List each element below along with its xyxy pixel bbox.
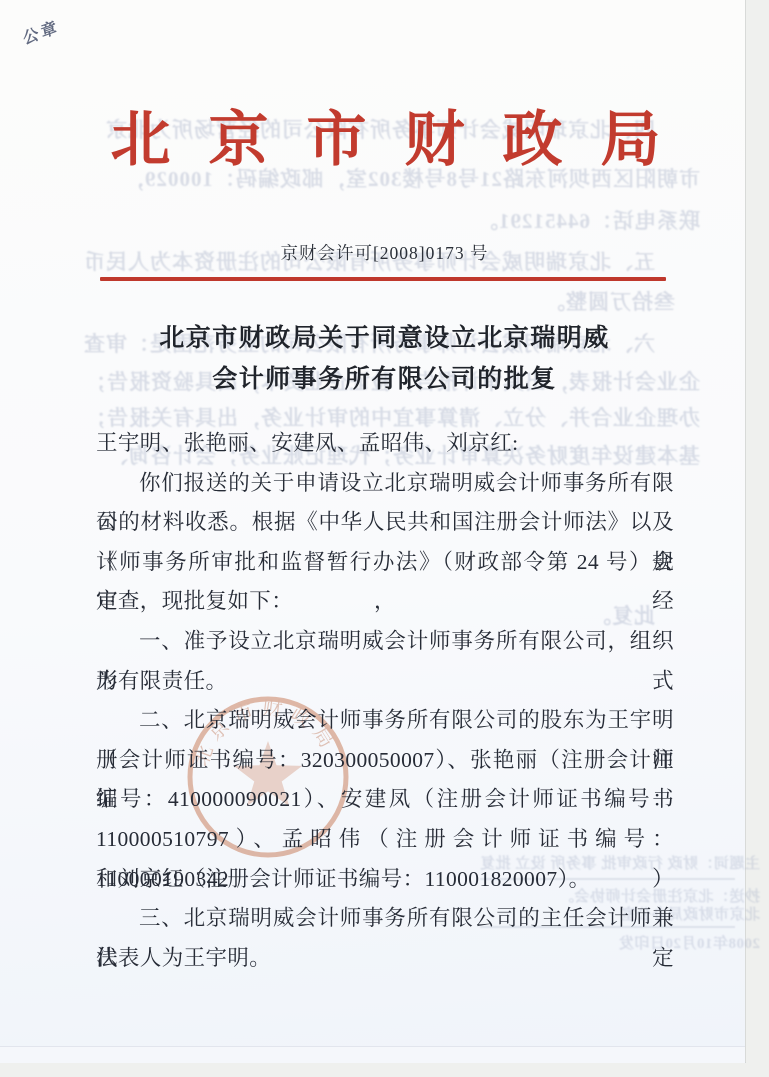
document-body: 王宇明、张艳丽、安建凤、孟昭伟、刘京红: 你们报送的关于申请设立北京瑞明威会计师… bbox=[96, 424, 674, 978]
body-line: 二、北京瑞明威会计师事务所有限公司的股东为王宇明（注 bbox=[96, 701, 674, 741]
body-line: 三、北京瑞明威会计师事务所有限公司的主任会计师兼法定 bbox=[96, 899, 674, 939]
document-number: 京财会许可[2008]0173 号 bbox=[0, 240, 769, 265]
body-line: 110000510797）、孟昭伟（注册会计师证书编号：110000190342… bbox=[96, 820, 674, 860]
paper-bottom-edge bbox=[0, 1046, 745, 1063]
body-line: 册会计师证书编号：320300050007）、张艳丽（注册会计师证书 bbox=[96, 741, 674, 781]
document-title-line1: 北京市财政局关于同意设立北京瑞明威 bbox=[0, 318, 769, 359]
bleedthrough-text: 叁拾万圆整。 bbox=[545, 286, 675, 316]
body-line: 一、准予设立北京瑞明威会计师事务所有限公司，组织形式 bbox=[96, 622, 674, 662]
body-line: 计师事务所审批和监督暂行办法》（财政部令第 24 号）规定，经 bbox=[96, 543, 674, 583]
bleedthrough-text: 联系电话：64451291。 bbox=[450, 205, 700, 235]
document-title-line2: 会计师事务所有限公司的批复 bbox=[0, 359, 769, 400]
document-title: 北京市财政局关于同意设立北京瑞明威 会计师事务所有限公司的批复 bbox=[0, 318, 769, 400]
body-line: 和刘京红（注册会计师证书编号：110001820007）。 bbox=[96, 860, 674, 900]
body-line: 你们报送的关于申请设立北京瑞明威会计师事务所有限公 bbox=[96, 464, 674, 504]
document-page: 四、北京瑞明威会计师事务所有限公司的经营场所为北京 市朝阳区西坝河东路21号8号… bbox=[0, 0, 769, 1077]
body-line: 编号：410000090021）、安建凤（注册会计师证书编号： bbox=[96, 780, 674, 820]
agency-letterhead-title: 北京市财政局 bbox=[20, 104, 769, 176]
salutation-line: 王宇明、张艳丽、安建凤、孟昭伟、刘京红: bbox=[96, 424, 674, 464]
body-line: 司的材料收悉。根据《中华人民共和国注册会计师法》以及《会 bbox=[96, 503, 674, 543]
letterhead-divider-rule bbox=[100, 277, 666, 281]
